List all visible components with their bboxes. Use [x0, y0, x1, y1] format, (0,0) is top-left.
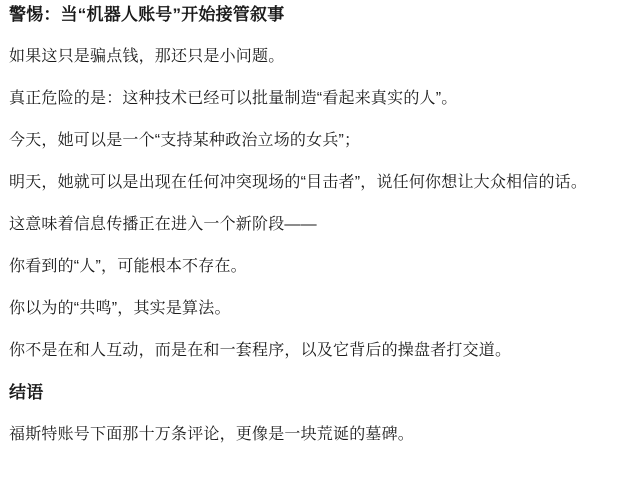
- article-paragraph-6: 你看到的“人”，可能根本不存在。: [9, 246, 640, 288]
- article-paragraph-4: 明天，她就可以是出现在任何冲突现场的“目击者”，说任何你想让大众相信的话。: [9, 162, 640, 204]
- article-paragraph-1: 如果这只是骗点钱，那还只是小问题。: [9, 36, 640, 78]
- article-paragraph-9: 福斯特账号下面那十万条评论，更像是一块荒诞的墓碑。: [9, 414, 640, 456]
- article-title: 警惕：当“机器人账号”开始接管叙事: [9, 0, 640, 36]
- article-subheading-conclusion: 结语: [9, 372, 640, 414]
- article-paragraph-7: 你以为的“共鸣”，其实是算法。: [9, 288, 640, 330]
- article-paragraph-5: 这意味着信息传播正在进入一个新阶段——: [9, 204, 640, 246]
- article-paragraph-2: 真正危险的是：这种技术已经可以批量制造“看起来真实的人”。: [9, 78, 640, 120]
- article-paragraph-8: 你不是在和人互动，而是在和一套程序，以及它背后的操盘者打交道。: [9, 330, 640, 372]
- article-body: 警惕：当“机器人账号”开始接管叙事 如果这只是骗点钱，那还只是小问题。 真正危险…: [0, 0, 640, 456]
- article-paragraph-3: 今天，她可以是一个“支持某种政治立场的女兵”；: [9, 120, 640, 162]
